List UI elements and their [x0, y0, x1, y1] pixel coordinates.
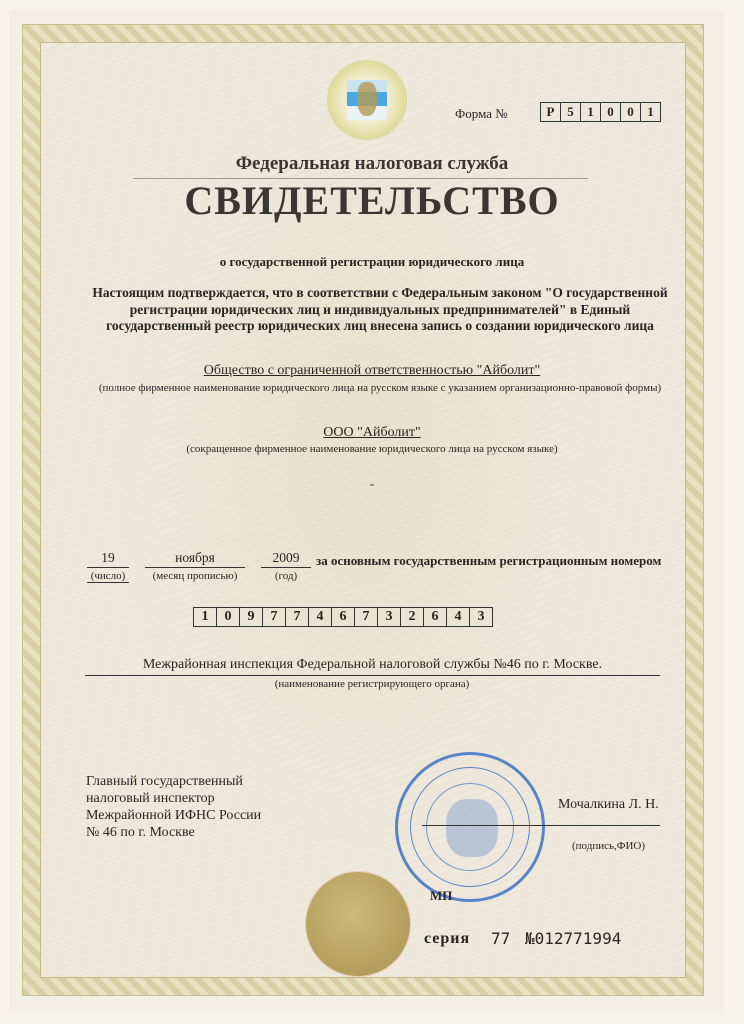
form-label: Форма № [455, 106, 508, 122]
registering-authority-caption: (наименование регистрирующего органа) [0, 678, 744, 690]
stamp-eagle-icon [446, 799, 498, 857]
signer-position: Главный государственный налоговый инспек… [86, 773, 261, 841]
signature-line [422, 825, 660, 826]
ogrn-digit: 7 [262, 607, 286, 627]
date-month-field: ноября (месяц прописью) [145, 550, 245, 582]
registering-authority: Межрайонная инспекция Федеральной налого… [85, 657, 660, 676]
series-label: серия [424, 930, 470, 948]
signer-position-line: № 46 по г. Москве [86, 824, 261, 841]
date-month: ноября [145, 550, 245, 568]
signer-name: Мочалкина Л. Н. [558, 797, 659, 813]
date-day-caption: (число) [87, 570, 129, 583]
gold-seal-icon [306, 872, 410, 976]
ogrn-digit: 6 [331, 607, 355, 627]
signer-position-line: налоговый инспектор [86, 790, 261, 807]
ogrn-digit: 0 [216, 607, 240, 627]
eagle-icon [357, 82, 377, 116]
date-day: 19 [87, 550, 129, 568]
date-year-caption: (год) [261, 570, 311, 582]
date-year-field: 2009 (год) [261, 550, 311, 582]
date-month-caption: (месяц прописью) [145, 570, 245, 582]
fns-emblem-icon [327, 60, 407, 140]
ogrn-number: 1 0 9 7 7 4 6 7 3 2 6 4 3 [194, 607, 493, 627]
signer-position-line: Главный государственный [86, 773, 261, 790]
entity-short-name-caption: (сокращенное фирменное наименование юрид… [0, 443, 744, 455]
stamp-place-label: МП [430, 888, 452, 904]
serial-number: №012771994 [525, 929, 621, 948]
entity-foreign-name: - [0, 476, 744, 492]
registration-number-label: за основным государственным регистрацион… [316, 553, 661, 569]
ogrn-digit: 3 [469, 607, 493, 627]
ogrn-digit: 6 [423, 607, 447, 627]
signature-caption: (подпись,ФИО) [572, 840, 645, 852]
form-code-cell: 1 [580, 102, 601, 122]
form-code-cell: 0 [600, 102, 621, 122]
statement-text: Настоящим подтверждается, что в соответс… [85, 285, 675, 335]
ogrn-digit: 1 [193, 607, 217, 627]
date-day-field: 19 (число) [87, 550, 129, 583]
signer-position-line: Межрайонной ИФНС России [86, 807, 261, 824]
ogrn-digit: 7 [354, 607, 378, 627]
form-code-cell: Р [540, 102, 561, 122]
ogrn-digit: 4 [446, 607, 470, 627]
form-code-cell: 0 [620, 102, 641, 122]
ogrn-digit: 2 [400, 607, 424, 627]
document-title: СВИДЕТЕЛЬСТВО [0, 177, 744, 224]
form-code-cell: 1 [640, 102, 661, 122]
form-code: Р 5 1 0 0 1 [541, 102, 661, 122]
entity-short-name: ООО "Айболит" [0, 425, 744, 441]
date-year: 2009 [261, 550, 311, 568]
series-number: 77 [491, 929, 510, 948]
entity-full-name-caption: (полное фирменное наименование юридическ… [80, 381, 680, 395]
ogrn-digit: 4 [308, 607, 332, 627]
document-subtitle: о государственной регистрации юридическо… [0, 254, 744, 270]
form-code-cell: 5 [560, 102, 581, 122]
ogrn-digit: 7 [285, 607, 309, 627]
official-stamp-icon [395, 752, 545, 902]
agency-name: Федеральная налоговая служба [0, 153, 744, 175]
ogrn-digit: 9 [239, 607, 263, 627]
ogrn-digit: 3 [377, 607, 401, 627]
entity-full-name: Общество с ограниченной ответственностью… [0, 363, 744, 379]
